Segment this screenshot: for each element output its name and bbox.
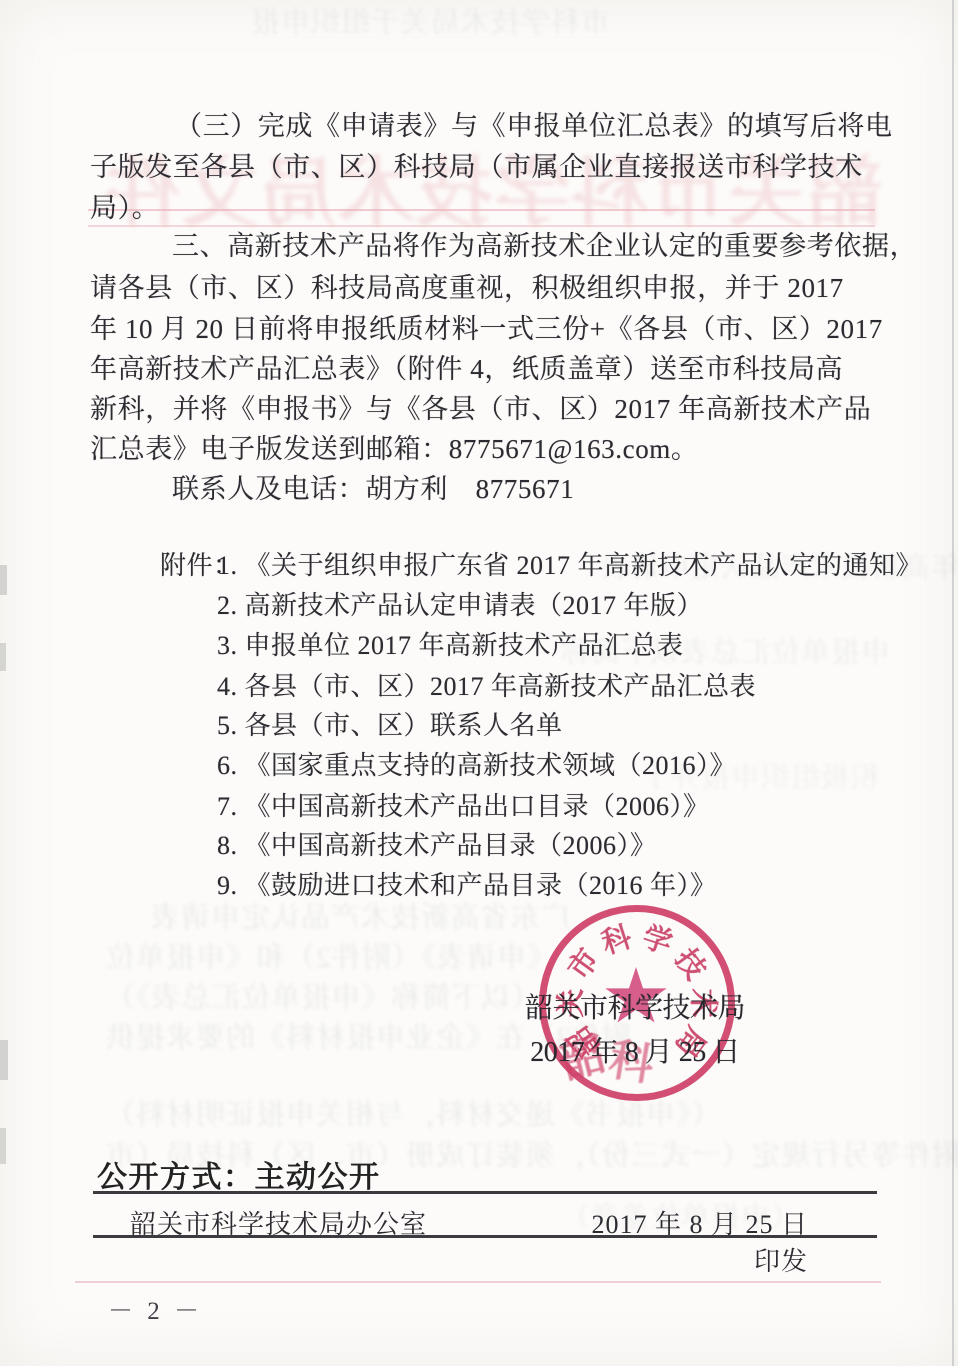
scan-edge-smudge [0,1040,8,1080]
attachment-item: 9. 《鼓励进口技术和产品目录（2016 年）》 [217,873,717,899]
footer-rule-bottom [93,1235,877,1238]
paragraph-close-line: （三）完成《申请表》与《申报单位汇总表》的填写后将电 [175,113,893,140]
bleedthrough-text: 市科学技术局关于组织申报 [250,0,610,41]
footer-print-date: 2017 年 8 月 25 日印发 [570,1204,808,1278]
attachment-item: 6. 《国家重点支持的高新技术领域（2016）》 [217,753,736,779]
paragraph-close-line: 局）。 [90,195,159,222]
paragraph-three-line: 三、高新技术产品将作为高新技术企业认定的重要参考依据， [172,233,917,260]
attachment-item: 8. 《中国高新技术产品目录（2006）》 [217,833,657,859]
page-number: － 2 － [108,1291,203,1327]
bleedthrough-line [88,209,875,211]
attachment-item: 1. 《关于组织申报广东省 2017 年高新技术产品认定的通知》 [217,553,922,579]
attachment-item: 3. 申报单位 2017 年高新技术产品汇总表 [217,633,684,659]
attachment-item: 4. 各县（市、区）2017 年高新技术产品汇总表 [217,674,756,700]
scan-edge-smudge [0,1128,6,1164]
scan-edge-smudge [0,565,7,595]
attachment-item: 5. 各县（市、区）联系人名单 [217,713,563,739]
paragraph-three-line: 新科，并将《申报书》与《各县（市、区）2017 年高新技术产品 [90,396,871,423]
paragraph-three-line: 请各县（市、区）科技局高度重视，积极组织申报，并于 2017 [90,275,844,302]
bleedthrough-text: （以下简称《申报单位汇总表》） [105,975,541,1016]
footer-rule-top [93,1191,877,1194]
paragraph-three-line: 汇总表》电子版发送到邮箱：8775671@163.com。 [90,436,699,463]
scanned-document-page: 市科学技术局关于组织申报 韶关市科学技术局文件 年高新技术产品认定申请表 申报单… [0,0,958,1366]
bleedthrough-red-header: 韶关市科学技术局文件 [102,132,882,241]
bleedthrough-line [88,225,875,227]
attachment-item: 7. 《中国高新技术产品出口目录（2006）》 [217,794,710,820]
attachment-item: 2. 高新技术产品认定申请表（2017 年版） [217,593,703,619]
bleedthrough-text: 广东省高新技术产品认定申请表 [150,895,570,936]
contact-line: 联系人及电话：胡方利 8775671 [172,476,574,503]
scan-edge-line [952,0,954,1366]
bleedthrough-text: 《申请表》（附件2）和《申报单位 [105,935,556,976]
paragraph-three-line: 年高新技术产品汇总表》（附件 4，纸质盖章）送至市科技局高 [90,356,843,383]
signature-date: 2017 年 8 月 25 日 [512,1030,758,1070]
signature-agency: 韶关市科学技术局 [512,986,758,1026]
paragraph-close-line: 子版发至各县（市、区）科技局（市属企业直接报送市科学技术 [90,154,863,181]
bleedthrough-line [75,1281,881,1283]
scan-edge-smudge [0,643,6,671]
paragraph-three-line: 年 10 月 20 日前将申报纸质材料一式三份+《各县（市、区）2017 [90,316,883,343]
disclosure-method: 公开方式：主动公开 [97,1152,381,1196]
